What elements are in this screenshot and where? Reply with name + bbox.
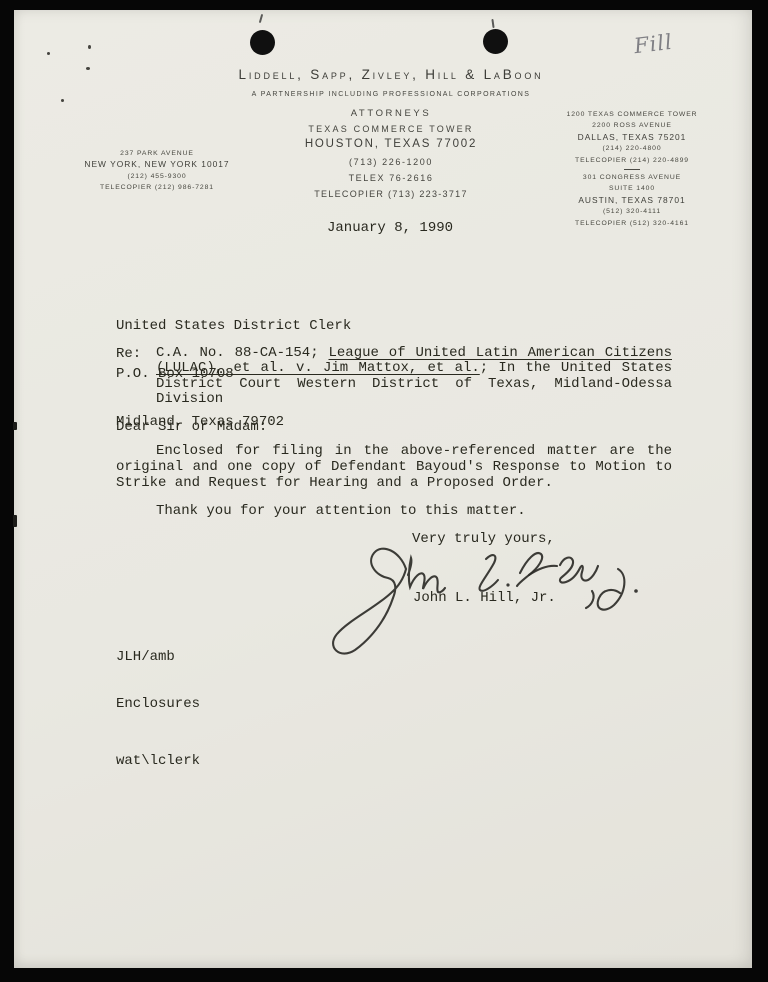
dallas-city: DALLAS, TEXAS 75201 — [522, 132, 742, 143]
handwritten-note: Fill — [633, 30, 674, 59]
salutation: Dear Sir or Madam: — [116, 419, 267, 435]
ny-city: NEW YORK, NEW YORK 10017 — [47, 159, 267, 170]
scan-speckle — [88, 45, 91, 49]
dallas-building: 1200 TEXAS COMMERCE TOWER — [522, 109, 742, 120]
letter-document: Fill Liddell, Sapp, Zivley, Hill & LaBoo… — [14, 10, 752, 968]
para1-line2: original and one copy of Defendant Bayou… — [116, 459, 672, 475]
austin-street: 301 CONGRESS AVENUE — [522, 172, 742, 183]
austin-phone: (512) 320-4111 — [522, 206, 742, 217]
re-line-1: C.A. No. 88-CA-154; League of United Lat… — [156, 346, 672, 361]
re-block: Re: C.A. No. 88-CA-154; League of United… — [116, 346, 672, 408]
ny-phone: (212) 455-9300 — [47, 171, 267, 182]
pencil-tick-right — [491, 19, 494, 28]
case-number: C.A. No. 88-CA-154; — [156, 345, 329, 361]
scan-edge-mark — [13, 515, 17, 527]
ny-street: 237 PARK AVENUE — [47, 148, 267, 159]
firm-name: Liddell, Sapp, Zivley, Hill & LaBoon — [14, 67, 752, 82]
dallas-austin-office-block: 1200 TEXAS COMMERCE TOWER 2200 ROSS AVEN… — [522, 109, 742, 229]
scan-speckle — [61, 99, 64, 102]
footer-block: JLH/amb Enclosures wat\lclerk — [116, 619, 200, 801]
re-line-4: Division — [156, 392, 672, 407]
letterhead-subtitle: A PARTNERSHIP INCLUDING PROFESSIONAL COR… — [14, 91, 752, 98]
body-paragraph-2: Thank you for your attention to this mat… — [156, 503, 526, 519]
dallas-telecopier: TELECOPIER (214) 220-4899 — [522, 155, 742, 166]
scan-background: Fill Liddell, Sapp, Zivley, Hill & LaBoo… — [0, 0, 768, 982]
enclosures-note: Enclosures — [116, 697, 200, 713]
scan-edge-mark — [13, 422, 17, 430]
ny-telecopier: TELECOPIER (212) 986-7281 — [47, 182, 267, 193]
re-line-2: (LULAC), et al. v. Jim Mattox, et al.; I… — [156, 361, 672, 376]
re-content: C.A. No. 88-CA-154; League of United Lat… — [156, 346, 672, 408]
austin-telecopier: TELECOPIER (512) 320-4161 — [522, 218, 742, 229]
para1-line3: Strike and Request for Hearing and a Pro… — [116, 475, 672, 491]
court-intro: ; In the United States — [480, 360, 672, 376]
valediction: Very truly yours, — [412, 531, 555, 547]
re-line-3: District Court Western District of Texas… — [156, 377, 672, 392]
recipient-name: United States District Clerk — [116, 318, 351, 334]
typed-signer-name: John L. Hill, Jr. — [413, 590, 556, 606]
dallas-street: 2200 ROSS AVENUE — [522, 120, 742, 131]
case-name-part1: League of United Latin American Citizens — [329, 345, 673, 361]
body-paragraph-1: Enclosed for filing in the above-referen… — [116, 443, 672, 491]
austin-suite: SUITE 1400 — [522, 183, 742, 194]
pencil-tick-left — [259, 14, 263, 23]
para1-line1: Enclosed for filing in the above-referen… — [116, 443, 672, 459]
re-label: Re: — [116, 346, 141, 362]
new-york-office-block: 237 PARK AVENUE NEW YORK, NEW YORK 10017… — [47, 148, 267, 194]
hole-punch-left — [250, 30, 275, 55]
case-name-part2: (LULAC), et al. v. Jim Mattox, et al. — [156, 360, 480, 376]
file-reference: wat\lclerk — [116, 754, 200, 770]
reference-initials: JLH/amb — [116, 650, 200, 666]
dallas-phone: (214) 220-4800 — [522, 143, 742, 154]
austin-city: AUSTIN, TEXAS 78701 — [522, 195, 742, 206]
hole-punch-right — [483, 29, 508, 54]
office-divider — [624, 169, 640, 170]
date-line: January 8, 1990 — [327, 220, 453, 236]
scan-speckle — [47, 52, 50, 55]
